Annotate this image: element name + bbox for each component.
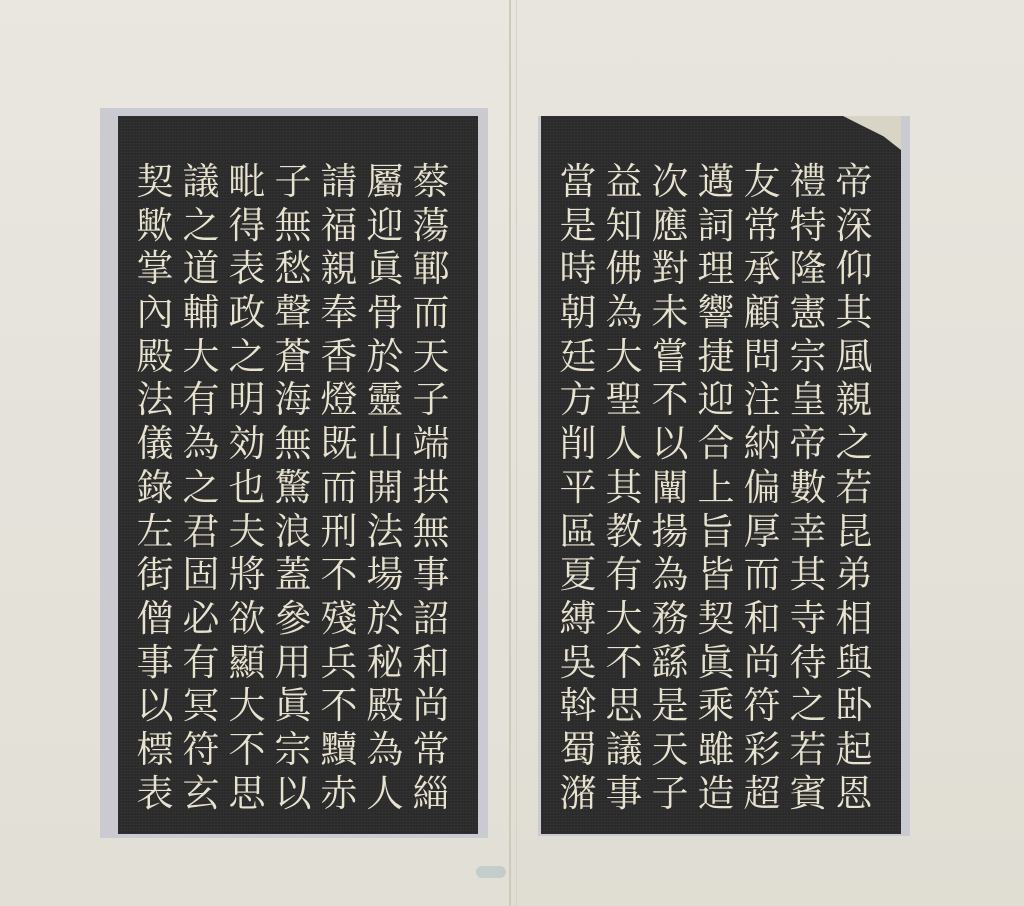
character: 子 bbox=[408, 378, 454, 422]
text-column: 禮特隆憲宗皇帝數幸其寺待之若賓 bbox=[785, 160, 831, 834]
character: 有 bbox=[178, 378, 224, 422]
text-column: 當是時朝廷方削平區夏縛吳斡蜀潴 bbox=[555, 160, 601, 834]
character: 理 bbox=[693, 247, 739, 291]
character: 教 bbox=[601, 510, 647, 554]
character: 眞 bbox=[270, 684, 316, 728]
character: 山 bbox=[362, 422, 408, 466]
character: 聖 bbox=[601, 378, 647, 422]
character: 嘗 bbox=[647, 335, 693, 379]
character: 憲 bbox=[785, 291, 831, 335]
character: 當 bbox=[555, 160, 601, 204]
character: 超 bbox=[739, 772, 785, 816]
character: 為 bbox=[601, 291, 647, 335]
text-column: 邁詞理響捷迎合上旨皆契眞乘雖造 bbox=[693, 160, 739, 834]
text-column: 議之道輔大有為之君固必有冥符玄 bbox=[178, 160, 224, 834]
character: 有 bbox=[178, 641, 224, 685]
character: 宗 bbox=[785, 335, 831, 379]
text-column: 次應對未嘗不以闡揚為務繇是天子 bbox=[647, 160, 693, 834]
character: 廷 bbox=[555, 335, 601, 379]
character: 闡 bbox=[647, 466, 693, 510]
character: 無 bbox=[270, 204, 316, 248]
character: 厚 bbox=[739, 510, 785, 554]
character: 繇 bbox=[647, 641, 693, 685]
character: 禮 bbox=[785, 160, 831, 204]
character: 不 bbox=[647, 378, 693, 422]
character: 兵 bbox=[316, 641, 362, 685]
character: 以 bbox=[647, 422, 693, 466]
character: 寺 bbox=[785, 597, 831, 641]
character: 宗 bbox=[270, 728, 316, 772]
character: 殿 bbox=[132, 335, 178, 379]
character: 參 bbox=[270, 597, 316, 641]
character: 其 bbox=[831, 291, 877, 335]
character: 法 bbox=[362, 510, 408, 554]
character: 道 bbox=[178, 247, 224, 291]
character: 雖 bbox=[693, 728, 739, 772]
character: 之 bbox=[785, 684, 831, 728]
character: 特 bbox=[785, 204, 831, 248]
character: 幸 bbox=[785, 510, 831, 554]
character: 大 bbox=[224, 684, 270, 728]
character: 君 bbox=[178, 510, 224, 554]
character: 場 bbox=[362, 553, 408, 597]
character: 邁 bbox=[693, 160, 739, 204]
character: 偏 bbox=[739, 466, 785, 510]
character: 鄆 bbox=[408, 247, 454, 291]
character: 帝 bbox=[785, 422, 831, 466]
character: 思 bbox=[224, 772, 270, 816]
character: 蓋 bbox=[270, 553, 316, 597]
character: 與 bbox=[831, 641, 877, 685]
character: 欲 bbox=[224, 597, 270, 641]
character: 顯 bbox=[224, 641, 270, 685]
character: 帝 bbox=[831, 160, 877, 204]
character: 相 bbox=[831, 597, 877, 641]
character: 為 bbox=[178, 422, 224, 466]
character: 也 bbox=[224, 466, 270, 510]
character: 友 bbox=[739, 160, 785, 204]
character: 蒼 bbox=[270, 335, 316, 379]
character: 益 bbox=[601, 160, 647, 204]
character: 夏 bbox=[555, 553, 601, 597]
character: 捷 bbox=[693, 335, 739, 379]
character: 和 bbox=[739, 597, 785, 641]
character: 顧 bbox=[739, 291, 785, 335]
character: 契 bbox=[132, 160, 178, 204]
character: 無 bbox=[408, 510, 454, 554]
character: 燈 bbox=[316, 378, 362, 422]
text-column: 請福親奉香燈既而刑不殘兵不黷赤 bbox=[316, 160, 362, 834]
right-rubbing-panel: 帝深仰其風親之若昆弟相與卧起恩禮特隆憲宗皇帝數幸其寺待之若賓友常承顧問注納偏厚而… bbox=[541, 116, 901, 834]
character: 眞 bbox=[693, 641, 739, 685]
character: 殿 bbox=[362, 684, 408, 728]
character: 秘 bbox=[362, 641, 408, 685]
character: 歟 bbox=[132, 204, 178, 248]
character: 而 bbox=[408, 291, 454, 335]
character: 事 bbox=[132, 641, 178, 685]
character: 事 bbox=[601, 772, 647, 816]
character: 殘 bbox=[316, 597, 362, 641]
text-column: 子無愁聲蒼海無驚浪蓋參用眞宗以 bbox=[270, 160, 316, 834]
character: 知 bbox=[601, 204, 647, 248]
character: 表 bbox=[224, 247, 270, 291]
character: 海 bbox=[270, 378, 316, 422]
left-rubbing-panel: 蔡蕩鄆而天子端拱無事詔和尚常緇屬迎眞骨於靈山開法場於秘殿為人請福親奉香燈既而刑不… bbox=[118, 116, 478, 834]
character: 而 bbox=[316, 466, 362, 510]
character: 大 bbox=[601, 335, 647, 379]
character: 將 bbox=[224, 553, 270, 597]
character: 而 bbox=[739, 553, 785, 597]
character: 骨 bbox=[362, 291, 408, 335]
character: 詞 bbox=[693, 204, 739, 248]
character: 削 bbox=[555, 422, 601, 466]
character: 常 bbox=[408, 728, 454, 772]
character: 是 bbox=[555, 204, 601, 248]
character: 思 bbox=[601, 684, 647, 728]
character: 既 bbox=[316, 422, 362, 466]
character: 合 bbox=[693, 422, 739, 466]
character: 務 bbox=[647, 597, 693, 641]
character: 符 bbox=[739, 684, 785, 728]
character: 於 bbox=[362, 597, 408, 641]
character: 親 bbox=[316, 247, 362, 291]
character: 風 bbox=[831, 335, 877, 379]
character: 尚 bbox=[408, 684, 454, 728]
character: 錄 bbox=[132, 466, 178, 510]
character: 人 bbox=[601, 422, 647, 466]
character: 眞 bbox=[362, 247, 408, 291]
character: 輔 bbox=[178, 291, 224, 335]
character: 縛 bbox=[555, 597, 601, 641]
character: 響 bbox=[693, 291, 739, 335]
character: 卧 bbox=[831, 684, 877, 728]
character: 待 bbox=[785, 641, 831, 685]
character: 隆 bbox=[785, 247, 831, 291]
character: 承 bbox=[739, 247, 785, 291]
character: 端 bbox=[408, 422, 454, 466]
character: 對 bbox=[647, 247, 693, 291]
character: 昆 bbox=[831, 510, 877, 554]
character: 若 bbox=[831, 466, 877, 510]
character: 人 bbox=[362, 772, 408, 816]
character: 玄 bbox=[178, 772, 224, 816]
character: 深 bbox=[831, 204, 877, 248]
character: 朝 bbox=[555, 291, 601, 335]
water-stain bbox=[476, 866, 506, 878]
character: 旨 bbox=[693, 510, 739, 554]
character: 明 bbox=[224, 378, 270, 422]
text-column: 蔡蕩鄆而天子端拱無事詔和尚常緇 bbox=[408, 160, 454, 834]
character: 儀 bbox=[132, 422, 178, 466]
character: 吳 bbox=[555, 641, 601, 685]
character: 以 bbox=[270, 772, 316, 816]
character: 揚 bbox=[647, 510, 693, 554]
character: 恩 bbox=[831, 772, 877, 816]
text-column: 帝深仰其風親之若昆弟相與卧起恩 bbox=[831, 160, 877, 834]
character: 赤 bbox=[316, 772, 362, 816]
text-column: 屬迎眞骨於靈山開法場於秘殿為人 bbox=[362, 160, 408, 834]
character: 乘 bbox=[693, 684, 739, 728]
text-column: 毗得表政之明効也夫將欲顯大不思 bbox=[224, 160, 270, 834]
character: 以 bbox=[132, 684, 178, 728]
character: 夫 bbox=[224, 510, 270, 554]
character: 親 bbox=[831, 378, 877, 422]
character: 之 bbox=[831, 422, 877, 466]
character: 奉 bbox=[316, 291, 362, 335]
character: 必 bbox=[178, 597, 224, 641]
character: 尚 bbox=[739, 641, 785, 685]
character: 於 bbox=[362, 335, 408, 379]
character: 納 bbox=[739, 422, 785, 466]
character: 起 bbox=[831, 728, 877, 772]
character: 政 bbox=[224, 291, 270, 335]
character: 街 bbox=[132, 553, 178, 597]
character: 天 bbox=[408, 335, 454, 379]
character: 無 bbox=[270, 422, 316, 466]
character: 大 bbox=[178, 335, 224, 379]
character: 和 bbox=[408, 641, 454, 685]
character: 是 bbox=[647, 684, 693, 728]
character: 佛 bbox=[601, 247, 647, 291]
character: 毗 bbox=[224, 160, 270, 204]
character: 事 bbox=[408, 553, 454, 597]
character: 未 bbox=[647, 291, 693, 335]
character: 愁 bbox=[270, 247, 316, 291]
character: 之 bbox=[224, 335, 270, 379]
character: 彩 bbox=[739, 728, 785, 772]
character: 為 bbox=[362, 728, 408, 772]
character: 迎 bbox=[693, 378, 739, 422]
character: 議 bbox=[601, 728, 647, 772]
character: 之 bbox=[178, 204, 224, 248]
character: 數 bbox=[785, 466, 831, 510]
character: 斡 bbox=[555, 684, 601, 728]
character: 用 bbox=[270, 641, 316, 685]
character: 固 bbox=[178, 553, 224, 597]
character: 表 bbox=[132, 772, 178, 816]
character: 時 bbox=[555, 247, 601, 291]
character: 効 bbox=[224, 422, 270, 466]
character: 應 bbox=[647, 204, 693, 248]
character: 香 bbox=[316, 335, 362, 379]
character: 得 bbox=[224, 204, 270, 248]
character: 為 bbox=[647, 553, 693, 597]
character: 子 bbox=[270, 160, 316, 204]
character: 大 bbox=[601, 597, 647, 641]
character: 仰 bbox=[831, 247, 877, 291]
character: 蔡 bbox=[408, 160, 454, 204]
character: 平 bbox=[555, 466, 601, 510]
character: 區 bbox=[555, 510, 601, 554]
character: 其 bbox=[785, 553, 831, 597]
character: 法 bbox=[132, 378, 178, 422]
character: 注 bbox=[739, 378, 785, 422]
character: 賓 bbox=[785, 772, 831, 816]
gutter-crease bbox=[509, 0, 511, 906]
character: 掌 bbox=[132, 247, 178, 291]
text-column: 益知佛為大聖人其教有大不思議事 bbox=[601, 160, 647, 834]
character: 標 bbox=[132, 728, 178, 772]
character: 上 bbox=[693, 466, 739, 510]
character: 問 bbox=[739, 335, 785, 379]
character: 左 bbox=[132, 510, 178, 554]
character: 造 bbox=[693, 772, 739, 816]
character: 僧 bbox=[132, 597, 178, 641]
character: 不 bbox=[601, 641, 647, 685]
character: 皇 bbox=[785, 378, 831, 422]
character: 若 bbox=[785, 728, 831, 772]
character: 黷 bbox=[316, 728, 362, 772]
character: 請 bbox=[316, 160, 362, 204]
character: 驚 bbox=[270, 466, 316, 510]
character: 冥 bbox=[178, 684, 224, 728]
character: 緇 bbox=[408, 772, 454, 816]
character: 蕩 bbox=[408, 204, 454, 248]
character: 不 bbox=[224, 728, 270, 772]
text-column: 契歟掌內殿法儀錄左街僧事以標表 bbox=[132, 160, 178, 834]
character: 天 bbox=[647, 728, 693, 772]
character: 次 bbox=[647, 160, 693, 204]
character: 蜀 bbox=[555, 728, 601, 772]
character: 符 bbox=[178, 728, 224, 772]
character: 不 bbox=[316, 684, 362, 728]
text-column: 友常承顧問注納偏厚而和尚符彩超 bbox=[739, 160, 785, 834]
character: 契 bbox=[693, 597, 739, 641]
character: 議 bbox=[178, 160, 224, 204]
character: 迎 bbox=[362, 204, 408, 248]
character: 靈 bbox=[362, 378, 408, 422]
character: 方 bbox=[555, 378, 601, 422]
character: 弟 bbox=[831, 553, 877, 597]
character: 詔 bbox=[408, 597, 454, 641]
character: 常 bbox=[739, 204, 785, 248]
character: 拱 bbox=[408, 466, 454, 510]
character: 有 bbox=[601, 553, 647, 597]
character: 開 bbox=[362, 466, 408, 510]
character: 福 bbox=[316, 204, 362, 248]
character: 子 bbox=[647, 772, 693, 816]
character: 不 bbox=[316, 553, 362, 597]
character: 潴 bbox=[555, 772, 601, 816]
character: 聲 bbox=[270, 291, 316, 335]
gutter-crease-2 bbox=[516, 0, 517, 906]
character: 刑 bbox=[316, 510, 362, 554]
character: 之 bbox=[178, 466, 224, 510]
character: 其 bbox=[601, 466, 647, 510]
character: 皆 bbox=[693, 553, 739, 597]
character: 內 bbox=[132, 291, 178, 335]
character: 浪 bbox=[270, 510, 316, 554]
character: 屬 bbox=[362, 160, 408, 204]
